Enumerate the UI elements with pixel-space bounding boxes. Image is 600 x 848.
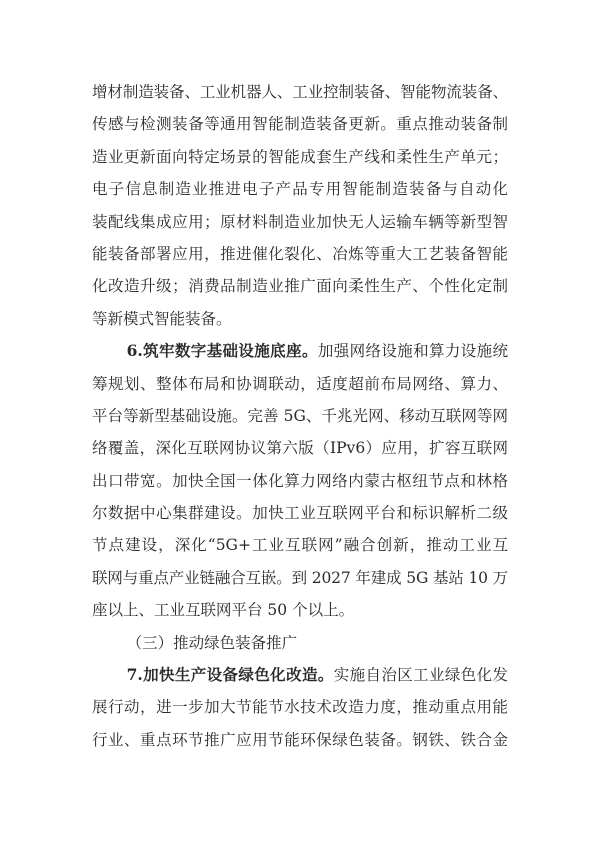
text-line: 造业更新面向特定场景的智能成套生产线和柔性生产单元； — [92, 141, 508, 173]
text-line: 化改造升级；消费品制造业推广面向柔性生产、个性化定制 — [92, 270, 508, 302]
text-line: 平台等新型基础设施。完善 5G、千兆光网、移动互联网等网 — [92, 400, 508, 432]
text-line: 筹规划、整体布局和协调联动，适度超前布局网络、算力、 — [92, 368, 508, 400]
text-line: 能装备部署应用，推进催化裂化、冶炼等重大工艺装备智能 — [92, 238, 508, 270]
paragraph-item-6-digital-infrastructure: 6.筑牢数字基础设施底座。加强网络设施和算力设施统 筹规划、整体布局和协调联动，… — [92, 335, 508, 627]
text-line: 络覆盖，深化互联网协议第六版（IPv6）应用，扩容互联网 — [92, 432, 508, 464]
text-line: 出口带宽。加快全国一体化算力网络内蒙古枢纽节点和林格 — [92, 465, 508, 497]
text-line: 行业、重点环节推广应用节能环保绿色装备。钢铁、铁合金 — [92, 724, 508, 756]
paragraph-smart-equipment: 增材制造装备、工业机器人、工业控制装备、智能物流装备、 传感与检测装备等通用智能… — [92, 76, 508, 335]
item-heading: 7.加快生产设备绿色化改造。 — [127, 665, 334, 684]
text-line: 尔数据中心集群建设。加快工业互联网平台和标识解析二级 — [92, 497, 508, 529]
text-line: 装配线集成应用；原材料制造业加快无人运输车辆等新型智 — [92, 206, 508, 238]
item-text: 加强网络设施和算力设施统 — [318, 342, 508, 360]
document-page: 增材制造装备、工业机器人、工业控制装备、智能物流装备、 传感与检测装备等通用智能… — [92, 76, 508, 756]
text-line: 联网与重点产业链融合互嵌。到 2027 年建成 5G 基站 10 万 — [92, 562, 508, 594]
text-line: 传感与检测装备等通用智能制造装备更新。重点推动装备制 — [92, 108, 508, 140]
item-heading: 6.筑牢数字基础设施底座。 — [127, 341, 318, 360]
text-line: 电子信息制造业推进电子产品专用智能制造装备与自动化 — [92, 173, 508, 205]
text-line: 增材制造装备、工业机器人、工业控制装备、智能物流装备、 — [92, 76, 508, 108]
item-first-line: 6.筑牢数字基础设施底座。加强网络设施和算力设施统 — [92, 335, 508, 367]
item-text: 实施自治区工业绿色化发 — [334, 666, 508, 684]
text-line: 展行动，进一步加大节能节水技术改造力度，推动重点用能 — [92, 691, 508, 723]
text-line: 座以上、工业互联网平台 50 个以上。 — [92, 594, 508, 626]
section-heading: （三）推动绿色装备推广 — [92, 627, 508, 659]
section-heading-green-equipment: （三）推动绿色装备推广 — [92, 627, 508, 659]
paragraph-item-7-green-retrofit: 7.加快生产设备绿色化改造。实施自治区工业绿色化发 展行动，进一步加大节能节水技… — [92, 659, 508, 756]
item-first-line: 7.加快生产设备绿色化改造。实施自治区工业绿色化发 — [92, 659, 508, 691]
text-line: 节点建设，深化“5G+工业互联网”融合创新，推动工业互 — [92, 529, 508, 561]
text-line: 等新模式智能装备。 — [92, 303, 508, 335]
